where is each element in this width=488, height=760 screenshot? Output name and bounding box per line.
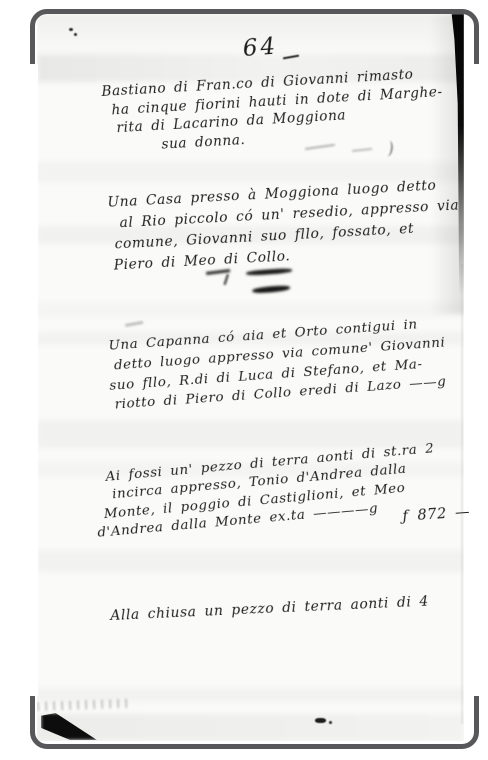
bracket-frame: [30, 9, 479, 749]
frame-gap-left: [26, 64, 38, 696]
frame-gap-right: [470, 64, 486, 696]
manuscript-scan-view: 64 Bastiano di Fran.co di Giovanni rimas…: [0, 0, 488, 760]
